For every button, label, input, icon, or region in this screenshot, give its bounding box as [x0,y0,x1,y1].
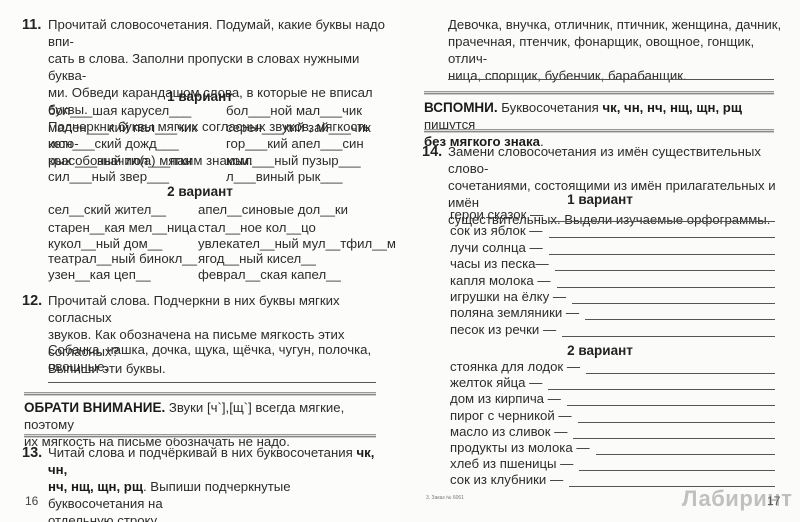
exercise-item: театрал__ный бинокл__ [48,251,197,267]
answer-line[interactable] [569,486,775,487]
phrase-label: капля молока — [450,273,551,288]
task-14-number: 14. [422,144,442,160]
exercise-item: апел__синовые дол__ки [198,202,396,220]
variant-1-title: 1 вариант [430,192,770,207]
answer-line[interactable] [579,470,775,471]
task-12-number: 12. [22,293,42,309]
answer-line[interactable] [573,438,775,439]
attention-note: ОБРАТИ ВНИМАНИЕ. Звуки [ч`],[щ`] всегда … [24,399,384,450]
exercise-item: старен__кая мел__ница [48,220,197,236]
text-fragment: Буквосочетания [498,100,603,115]
phrase-label: желток яйца — [450,375,542,390]
phrase-label: пирог с черникой — [450,408,572,423]
labirint-watermark: Лабиринт [682,486,792,512]
text-line: Собачка, чашка, дочка, щука, щёчка, чугу… [48,341,388,358]
variant-2-title: 2 вариант [0,184,400,199]
text-fragment: отдельную строку. [48,512,388,522]
task-13-words: Девочка, внучка, отличник, птичник, женщ… [448,16,788,84]
phrase-label: лучи солнца — [450,240,543,255]
variant-1-title: 1 вариант [0,89,400,104]
answer-line[interactable] [578,422,775,423]
exercise-item: феврал__ская капел__ [198,267,396,283]
divider [24,392,376,396]
exercise-item: узен__кая цеп__ [48,267,197,283]
variant-2-right-column: апел__синовые дол__ки стал__ное кол__цо … [198,202,396,283]
left-page: 11. Прочитай словосочетания. Подумай, ка… [0,0,400,522]
exercise-item: крас___ный тюл___пан [48,153,197,170]
exercise-item: июн___ский дожд___ [48,136,197,153]
phrase-label: дом из кирпича — [450,391,561,406]
answer-line[interactable] [557,287,775,288]
exercise-item: бол___шая карусел___ [48,103,197,120]
page-number: 16 [25,494,38,508]
variant-2-left-column: сел__ский жител__ старен__кая мел__ница … [48,202,197,283]
order-number: 3. Заказ № 6061 [426,495,464,501]
phrase-label: часы из песка— [450,256,549,271]
phrase-label: сок из клубники — [450,472,563,487]
answer-line[interactable] [549,221,775,222]
phrase-label: масло из сливок — [450,424,567,439]
answer-line[interactable] [585,319,775,320]
letter-combos: чк, чн, нч, нщ, щн, рщ [602,100,742,115]
answer-line[interactable] [567,405,775,406]
answer-line[interactable] [548,389,775,390]
phrase-label: стоянка для лодок — [450,359,580,374]
text-line: Девочка, внучка, отличник, птичник, женщ… [448,16,788,33]
text-line: сать в слова. Заполни пропуски в словах … [48,50,388,84]
exercise-item: стал__ное кол__цо [198,220,396,236]
text-line: Прочитай словосочетания. Подумай, какие … [48,16,388,50]
answer-line[interactable] [549,254,775,255]
answer-line[interactable] [555,270,775,271]
variant-1-right-column: бол___ной мал___чик серен___кий зай___чи… [226,103,371,186]
answer-line[interactable] [549,237,776,238]
phrase-label: песок из речки — [450,322,556,337]
attention-label: ОБРАТИ ВНИМАНИЕ. [24,400,165,415]
answer-line[interactable] [586,373,775,374]
exercise-item: сел__ский жител__ [48,202,197,220]
phrase-label: герои сказок — [450,207,543,222]
answer-line[interactable] [448,79,774,80]
text-line: прачечная, птенчик, фонарщик, овощное, г… [448,33,788,67]
exercise-item: бол___ной мал___чик [226,103,371,120]
text-fragment: Читай слова и подчёркивай в них буквосоч… [48,445,356,460]
exercise-item: гор___кий апел___син [226,136,371,153]
text-line: ница, спорщик, бубенчик, барабанщик. [448,67,788,84]
divider [24,434,376,438]
exercise-item: ягод__ный кисел__ [198,251,396,267]
task-12-words: Собачка, чашка, дочка, щука, щёчка, чугу… [48,341,388,375]
task-13-text: Читай слова и подчёркивай в них буквосоч… [48,444,388,522]
exercise-item: увлекател__ный мул__тфил__м [198,236,396,251]
letter-combos: нч, нщ, щн, рщ [48,479,143,494]
exercise-item: мыл___ный пузыр___ [226,153,371,170]
text-line: Прочитай слова. Подчеркни в них буквы мя… [48,292,388,326]
task-13-number: 13. [22,445,42,461]
exercise-item: кукол__ный дом__ [48,236,197,251]
answer-line[interactable] [572,303,775,304]
phrase-label: поляна земляники — [450,305,579,320]
answer-line[interactable] [596,454,775,455]
phrase-label: продукты из молока — [450,440,590,455]
task-11-number: 11. [22,17,41,33]
phrase-label: хлеб из пшеницы — [450,456,573,471]
phrase-label: игрушки на ёлку — [450,289,566,304]
exercise-item: мален___кий пал___чик [48,120,197,137]
text-line: овощные. [48,358,388,375]
variant-1-left-column: бол___шая карусел___ мален___кий пал___ч… [48,103,197,186]
phrase-label: сок из яблок — [450,223,543,238]
divider [424,91,774,95]
divider [424,129,774,133]
exercise-item: серен___кий зай___чик [226,120,371,137]
text-line: Замени словосочетания из имён существите… [448,143,788,177]
answer-line[interactable] [562,336,775,337]
variant-2-title: 2 вариант [430,343,770,358]
answer-line[interactable] [48,382,376,383]
right-page: Девочка, внучка, отличник, птичник, женщ… [400,0,800,522]
remember-label: ВСПОМНИ. [424,100,498,115]
